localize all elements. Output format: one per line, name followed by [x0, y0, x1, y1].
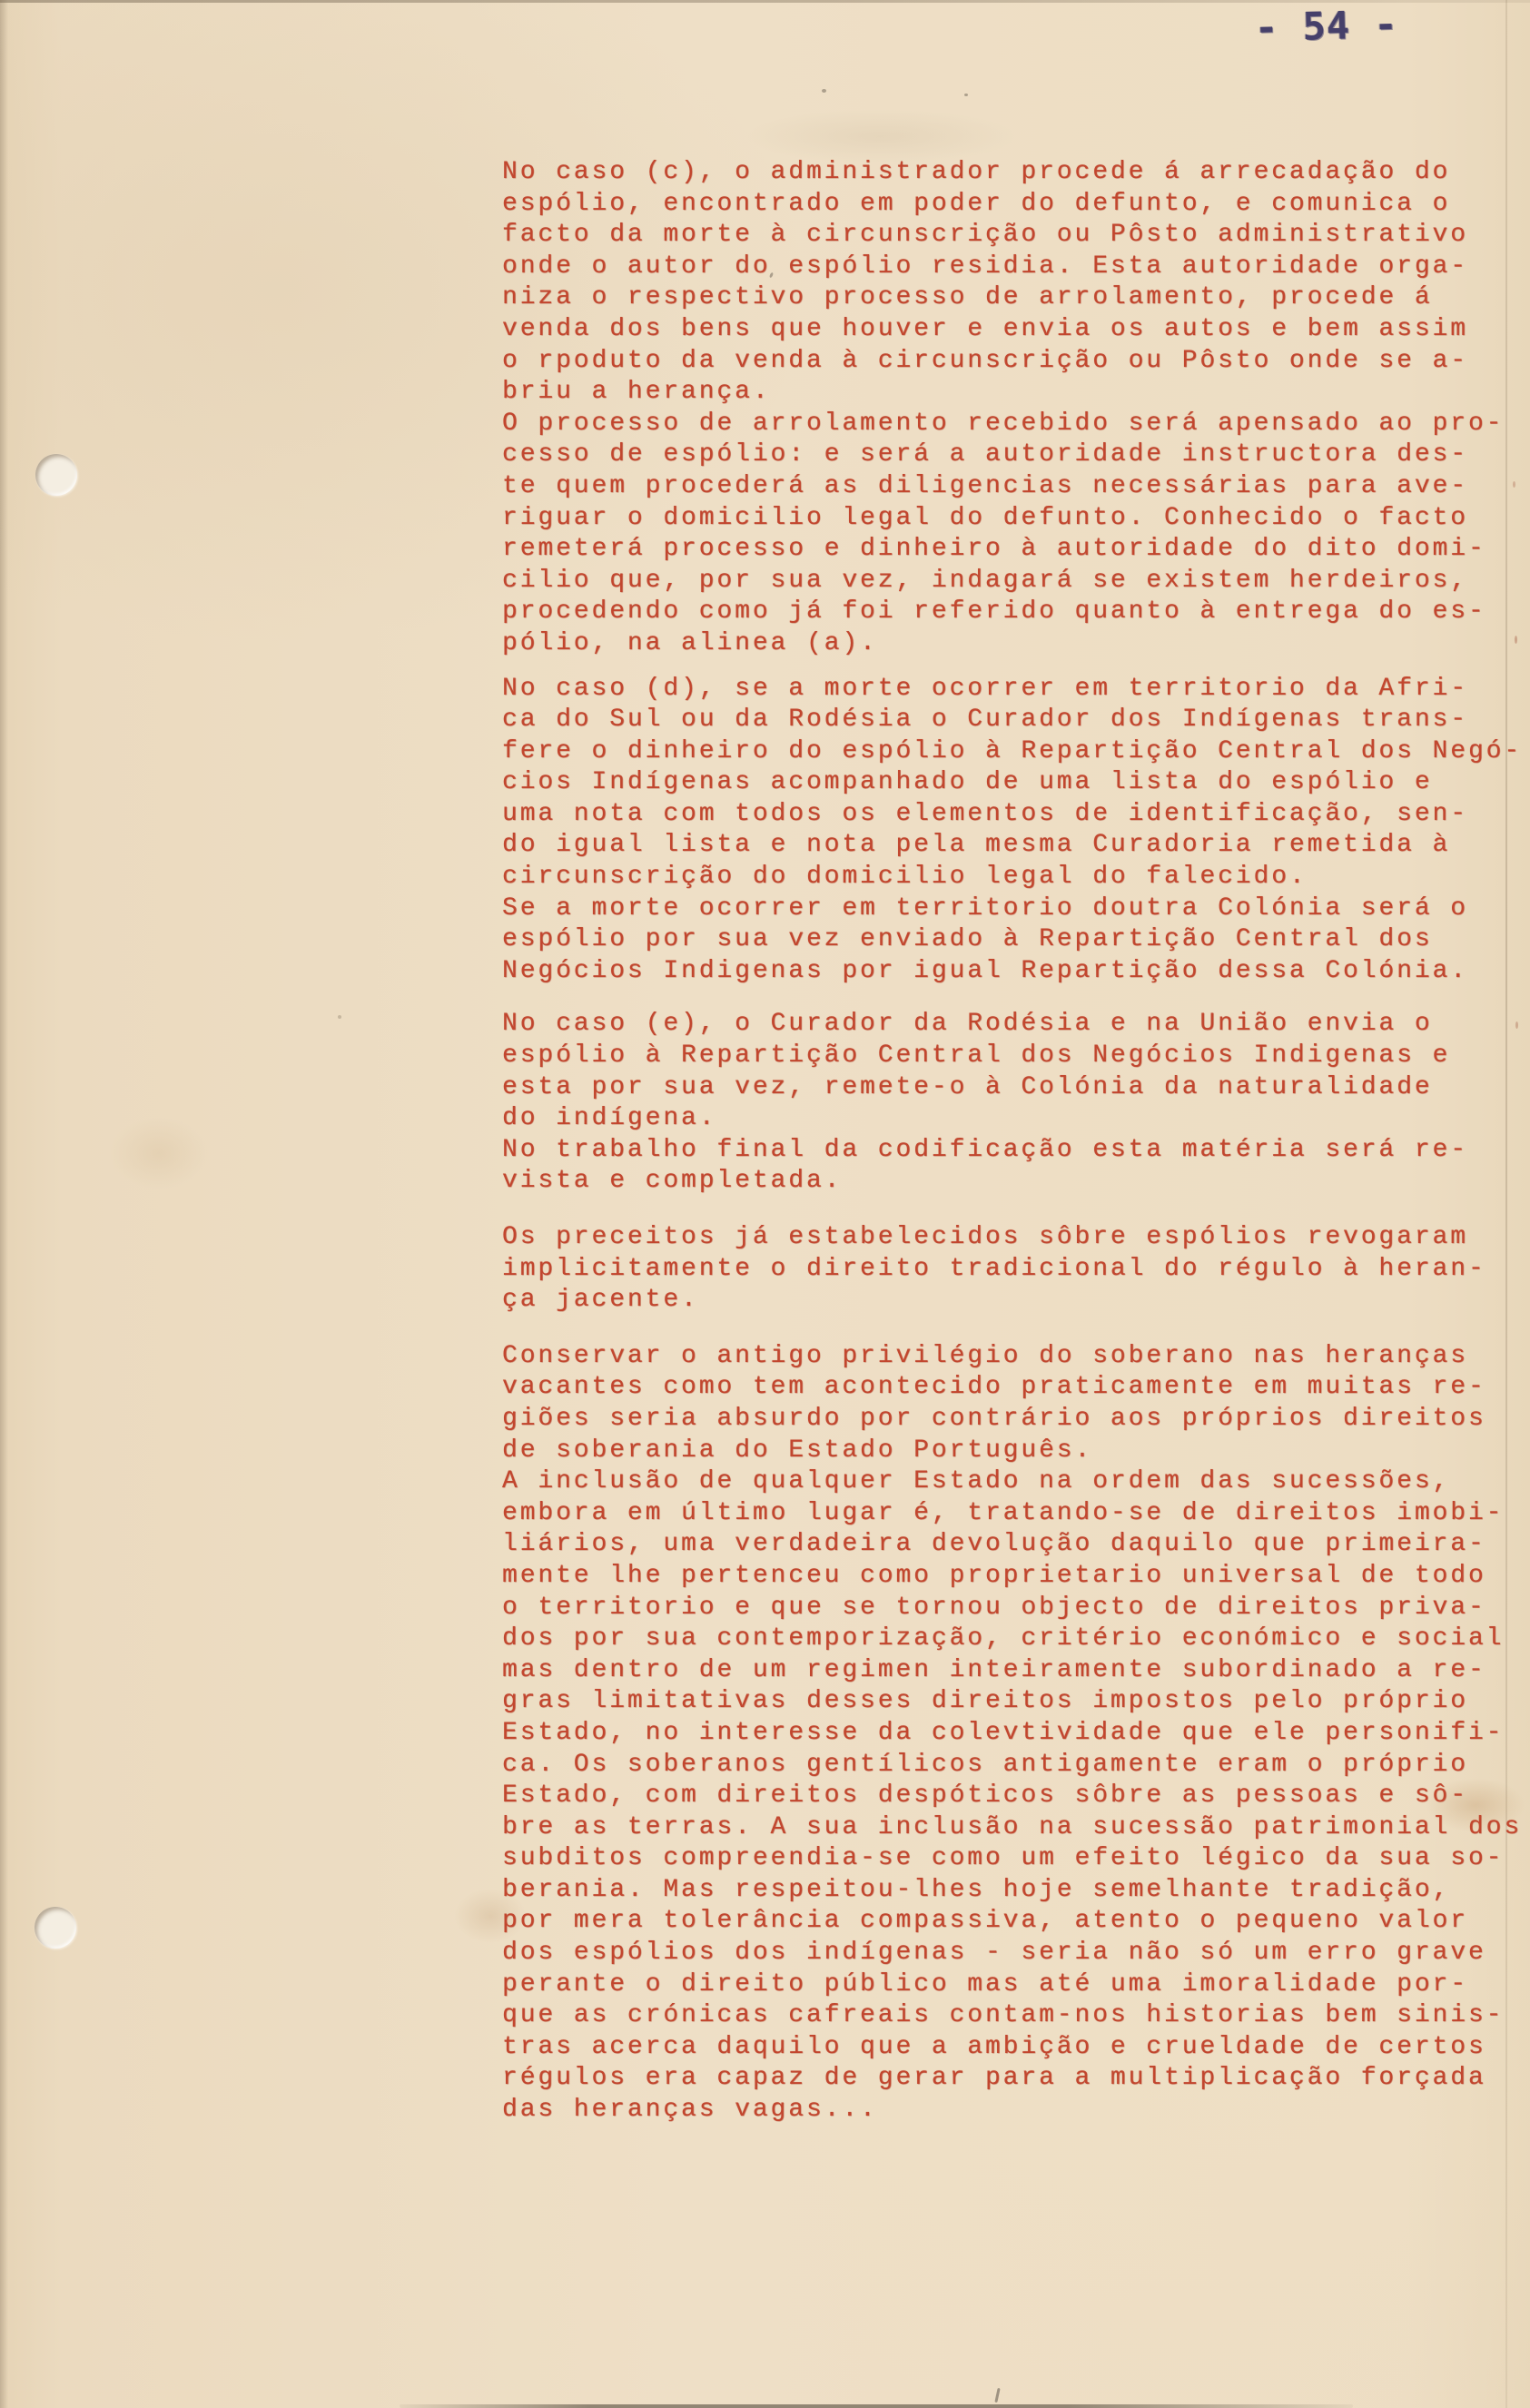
paragraph-arrolamento: O processo de arrolamento recebido será …	[502, 409, 1524, 660]
paper-speck	[338, 1015, 341, 1019]
paragraph-case-d: No caso (d), se a morte ocorrer em terri…	[502, 674, 1524, 988]
paragraph-preceitos: Os preceitos já estabelecidos sôbre espó…	[502, 1222, 1524, 1317]
scanned-document-page: - 54 - No caso (c), o administrador proc…	[0, 0, 1530, 2408]
paragraph-case-e: No caso (e), o Curador da Rodésia e na U…	[502, 1009, 1524, 1198]
scan-edge-top	[0, 0, 1530, 3]
paragraph-case-c: No caso (c), o administrador procede á a…	[502, 157, 1524, 409]
punch-hole-bottom	[35, 1907, 76, 1949]
paper-speck	[822, 89, 826, 93]
paper-stain	[109, 1117, 209, 1189]
typewritten-text: No caso (c), o administrador procede á a…	[502, 157, 1524, 2127]
scan-edge-bottom	[400, 2404, 1353, 2408]
paper-speck	[994, 2388, 1000, 2403]
paper-stain	[745, 109, 1017, 163]
scan-edge-left	[0, 0, 8, 2408]
paragraph-conservar: Conservar o antigo privilégio do soberan…	[502, 1341, 1524, 2127]
page-number: - 54 -	[1254, 2, 1398, 50]
paper-speck	[964, 94, 968, 96]
punch-hole-top	[35, 454, 77, 496]
